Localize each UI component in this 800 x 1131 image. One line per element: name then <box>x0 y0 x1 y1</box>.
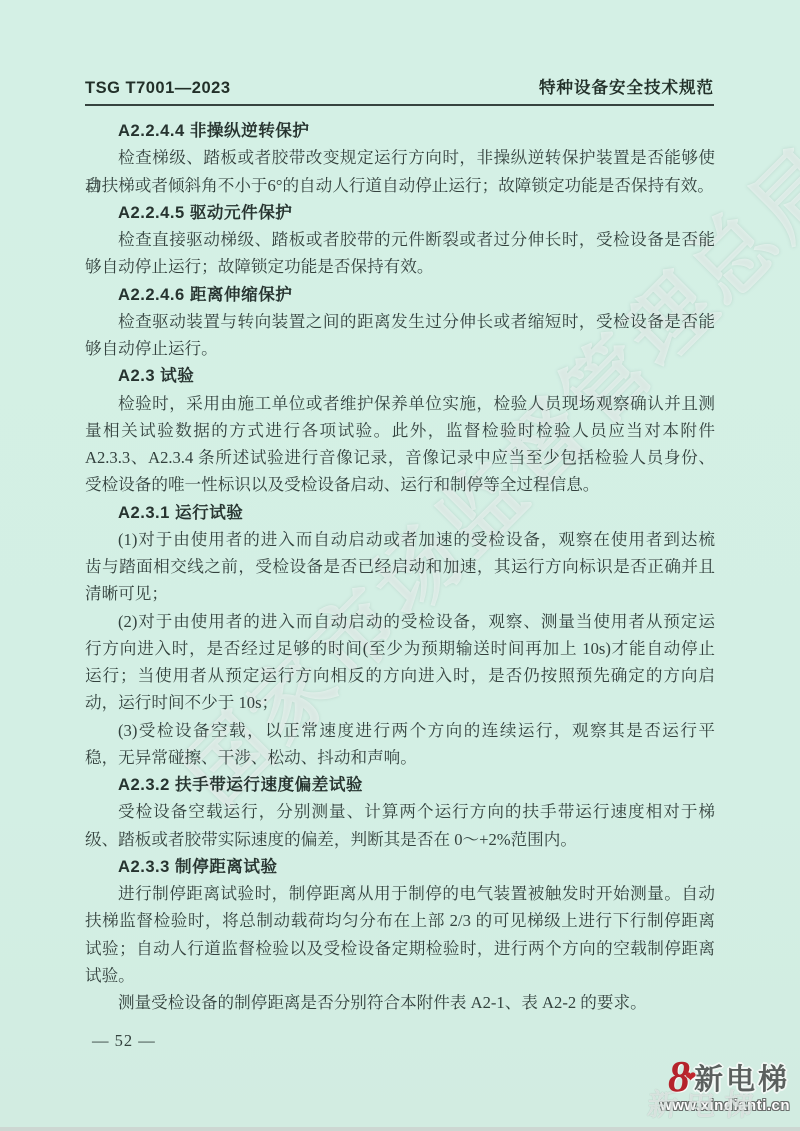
text-line: 动扶梯或者倾斜角不小于6°的自动人行道自动停止运行；故障锁定功能是否保持有效。 <box>85 172 715 199</box>
text-line: 级、踏板或者胶带实际速度的偏差，判断其是否在 0～+2%范围内。 <box>85 826 715 853</box>
text-line: A2.3.3、A2.3.4 条所述试验进行音像记录，音像记录中应当至少包括检验人… <box>85 444 715 471</box>
text-line: 试验；自动人行道监督检验以及受检设备定期检验时，进行两个方向的空载制停距离 <box>85 935 715 962</box>
heading-line: A2.2.4.6 距离伸缩保护 <box>85 281 715 308</box>
text-line: 够自动停止运行。 <box>85 335 715 362</box>
logo-brand-name: 新电梯 <box>694 1057 790 1098</box>
text-line: (3)受检设备空载，以正常速度进行两个方向的连续运行，观察其是否运行平 <box>85 717 715 744</box>
text-line: 受检设备空载运行，分别测量、计算两个运行方向的扶手带运行速度相对于梯 <box>85 798 715 825</box>
text-line: 稳，无异常碰擦、干涉、松动、抖动和声响。 <box>85 744 715 771</box>
text-line: 检查驱动装置与转向装置之间的距离发生过分伸长或者缩短时，受检设备是否能 <box>85 308 715 335</box>
page-bottom-edge <box>0 1127 800 1131</box>
text-line: (2)对于由使用者的进入而自动启动的受检设备，观察、测量当使用者从预定运 <box>85 608 715 635</box>
logo-8-glyph-icon: 8 ❤ <box>668 1058 690 1096</box>
page-number: — 52 — <box>92 1031 156 1051</box>
text-line: 动，运行时间不少于 10s； <box>85 689 715 716</box>
text-line: 够自动停止运行；故障锁定功能是否保持有效。 <box>85 253 715 280</box>
heading-line: A2.3.2 扶手带运行速度偏差试验 <box>85 771 715 798</box>
header-doc-title: 特种设备安全技术规范 <box>539 74 714 98</box>
heading-line: A2.3.3 制停距离试验 <box>85 853 715 880</box>
document-body: A2.2.4.4 非操纵逆转保护检查梯级、踏板或者胶带改变规定运行方向时，非操纵… <box>85 117 715 1016</box>
text-line: 行方向进入时，是否经过足够的时间(至少为预期输送时间再加上 10s)才能自动停止 <box>85 635 715 662</box>
text-line: 运行；当使用者从预定运行方向相反的方向进入时，是否仍按照预先确定的方向启 <box>85 662 715 689</box>
text-line: 齿与踏面相交线之前，受检设备是否已经启动和加速，其运行方向标识是否正确并且 <box>85 553 715 580</box>
text-line: (1)对于由使用者的进入而自动启动或者加速的受检设备，观察在使用者到达梳 <box>85 526 715 553</box>
text-line: 检查梯级、踏板或者胶带改变规定运行方向时，非操纵逆转保护装置是否能够使自 <box>85 144 715 171</box>
heading-line: A2.2.4.4 非操纵逆转保护 <box>85 117 715 144</box>
text-line: 试验。 <box>85 962 715 989</box>
logo-row: 8 ❤ 新电梯 <box>620 1058 790 1096</box>
xindianti-logo: 新电梯 8 ❤ 新电梯 www.xindianti.cn <box>620 1058 790 1114</box>
text-line: 检查直接驱动梯级、踏板或者胶带的元件断裂或者过分伸长时，受检设备是否能 <box>85 226 715 253</box>
heading-line: A2.3.1 运行试验 <box>85 499 715 526</box>
heading-line: A2.3 试验 <box>85 362 715 389</box>
logo-website-url: www.xindianti.cn <box>620 1097 790 1114</box>
heading-line: A2.2.4.5 驱动元件保护 <box>85 199 715 226</box>
text-line: 检验时，采用由施工单位或者维护保养单位实施，检验人员现场观察确认并且测 <box>85 390 715 417</box>
text-line: 受检设备的唯一性标识以及受检设备启动、运行和制停等全过程信息。 <box>85 471 715 498</box>
text-line: 扶梯监督检验时，将总制动载荷均匀分布在上部 2/3 的可见梯级上进行下行制停距离 <box>85 907 715 934</box>
header-doc-code: TSG T7001—2023 <box>85 79 231 98</box>
page-header: TSG T7001—2023 特种设备安全技术规范 <box>85 74 714 106</box>
heart-icon: ❤ <box>685 1058 696 1096</box>
text-line: 清晰可见； <box>85 580 715 607</box>
text-line: 进行制停距离试验时，制停距离从用于制停的电气装置被触发时开始测量。自动 <box>85 880 715 907</box>
text-line: 测量受检设备的制停距离是否分别符合本附件表 A2-1、表 A2-2 的要求。 <box>85 989 715 1016</box>
text-line: 量相关试验数据的方式进行各项试验。此外，监督检验时检验人员应当对本附件 <box>85 417 715 444</box>
document-page: 国家市场监督管理总局 TSG T7001—2023 特种设备安全技术规范 A2.… <box>0 0 800 1131</box>
